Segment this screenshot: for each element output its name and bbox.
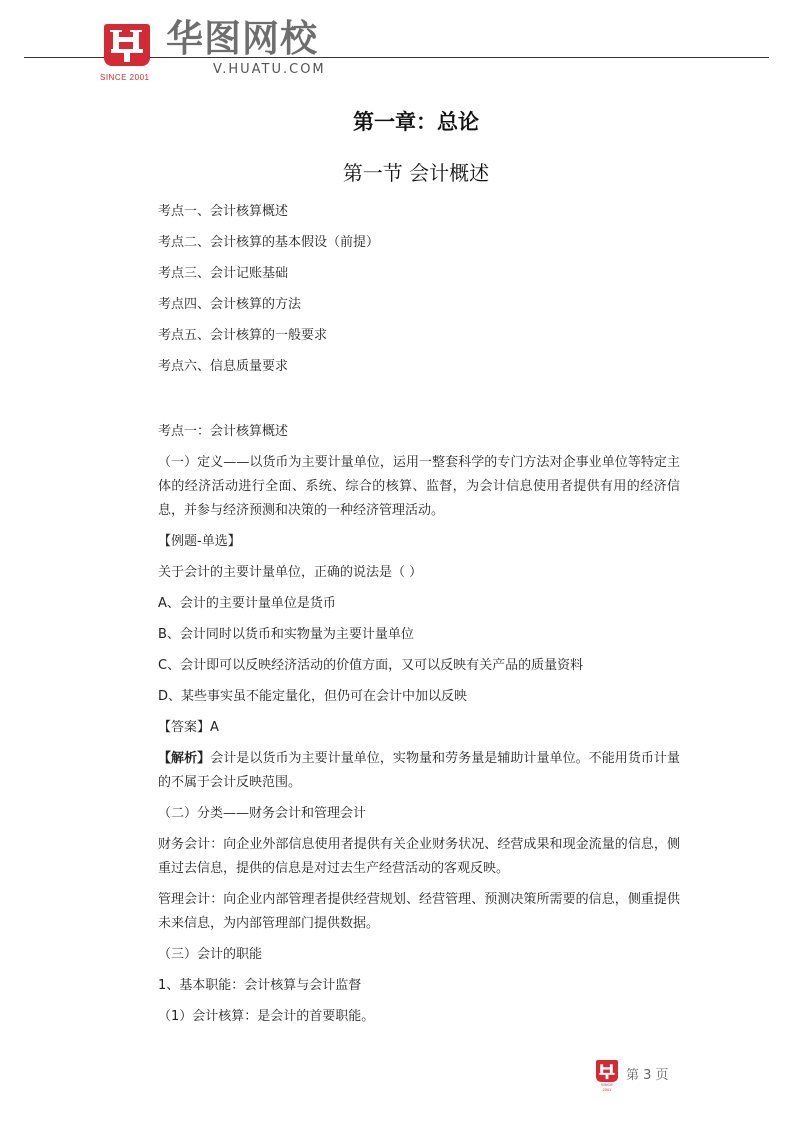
functions-heading: （三）会计的职能 — [158, 943, 680, 967]
section-title: 第一节 会计概述 — [0, 157, 793, 186]
analysis-paragraph: 【解析】会计是以货币为主要计量单位，实物量和劳务量是辅助计量单位。不能用货币计量… — [158, 747, 680, 795]
key-point-item: 考点四、会计核算的方法 — [158, 296, 379, 327]
key-point-item: 考点六、信息质量要求 — [158, 358, 379, 389]
logo-wordmark: 华图网校 — [166, 20, 318, 57]
page-number: 第 3 页 — [626, 1064, 669, 1083]
analysis-text: 会计是以货币为主要计量单位，实物量和劳务量是辅助计量单位。不能用货币计量的不属于… — [158, 751, 680, 790]
document-body: 考点一：会计核算概述 （一）定义——以货币为主要计量单位，运用一整套科学的专门方… — [158, 420, 680, 1036]
classification-heading: （二）分类——财务会计和管理会计 — [158, 802, 680, 826]
analysis-label: 【解析】 — [158, 751, 210, 766]
key-point-item: 考点二、会计核算的基本假设（前提） — [158, 234, 379, 265]
definition-paragraph: （一）定义——以货币为主要计量单位，运用一整套科学的专门方法对企事业单位等特定主… — [158, 451, 680, 523]
key-point-item: 考点一、会计核算概述 — [158, 203, 379, 234]
question-text: 关于会计的主要计量单位，正确的说法是（ ） — [158, 561, 680, 585]
financial-accounting-paragraph: 财务会计：向企业外部信息使用者提供有关企业财务状况、经营成果和现金流量的信息，侧… — [158, 833, 680, 881]
accounting-core-text: （1）会计核算：是会计的首要职能。 — [158, 1005, 680, 1029]
key-points-list: 考点一、会计核算概述 考点二、会计核算的基本假设（前提） 考点三、会计记账基础 … — [158, 203, 379, 389]
management-accounting-paragraph: 管理会计：向企业内部管理者提供经营规划、经营管理、预测决策所需要的信息，侧重提供… — [158, 888, 680, 936]
key-point-item: 考点五、会计核算的一般要求 — [158, 327, 379, 358]
point-heading: 考点一：会计核算概述 — [158, 420, 680, 444]
huatu-logo-icon — [104, 24, 150, 66]
option-c: C、会计即可以反映经济活动的价值方面，又可以反映有关产品的质量资料 — [158, 654, 680, 678]
key-point-item: 考点三、会计记账基础 — [158, 265, 379, 296]
chapter-title: 第一章：总论 — [0, 106, 793, 136]
logo-since-text: SINCE 2001 — [100, 73, 149, 82]
basic-functions-text: 1、基本职能：会计核算与会计监督 — [158, 974, 680, 998]
footer-logo-icon — [596, 1060, 618, 1082]
option-b: B、会计同时以货币和实物量为主要计量单位 — [158, 623, 680, 647]
option-a: A、会计的主要计量单位是货币 — [158, 592, 680, 616]
footer-since-text: SINCE 2001 — [596, 1082, 618, 1092]
answer-text: 【答案】A — [158, 716, 680, 740]
example-label: 【例题-单选】 — [158, 530, 680, 554]
page-header: SINCE 2001 华图网校 V.HUATU.COM — [0, 0, 793, 90]
option-d: D、某些事实虽不能定量化，但仍可在会计中加以反映 — [158, 685, 680, 709]
logo-url: V.HUATU.COM — [213, 62, 326, 77]
